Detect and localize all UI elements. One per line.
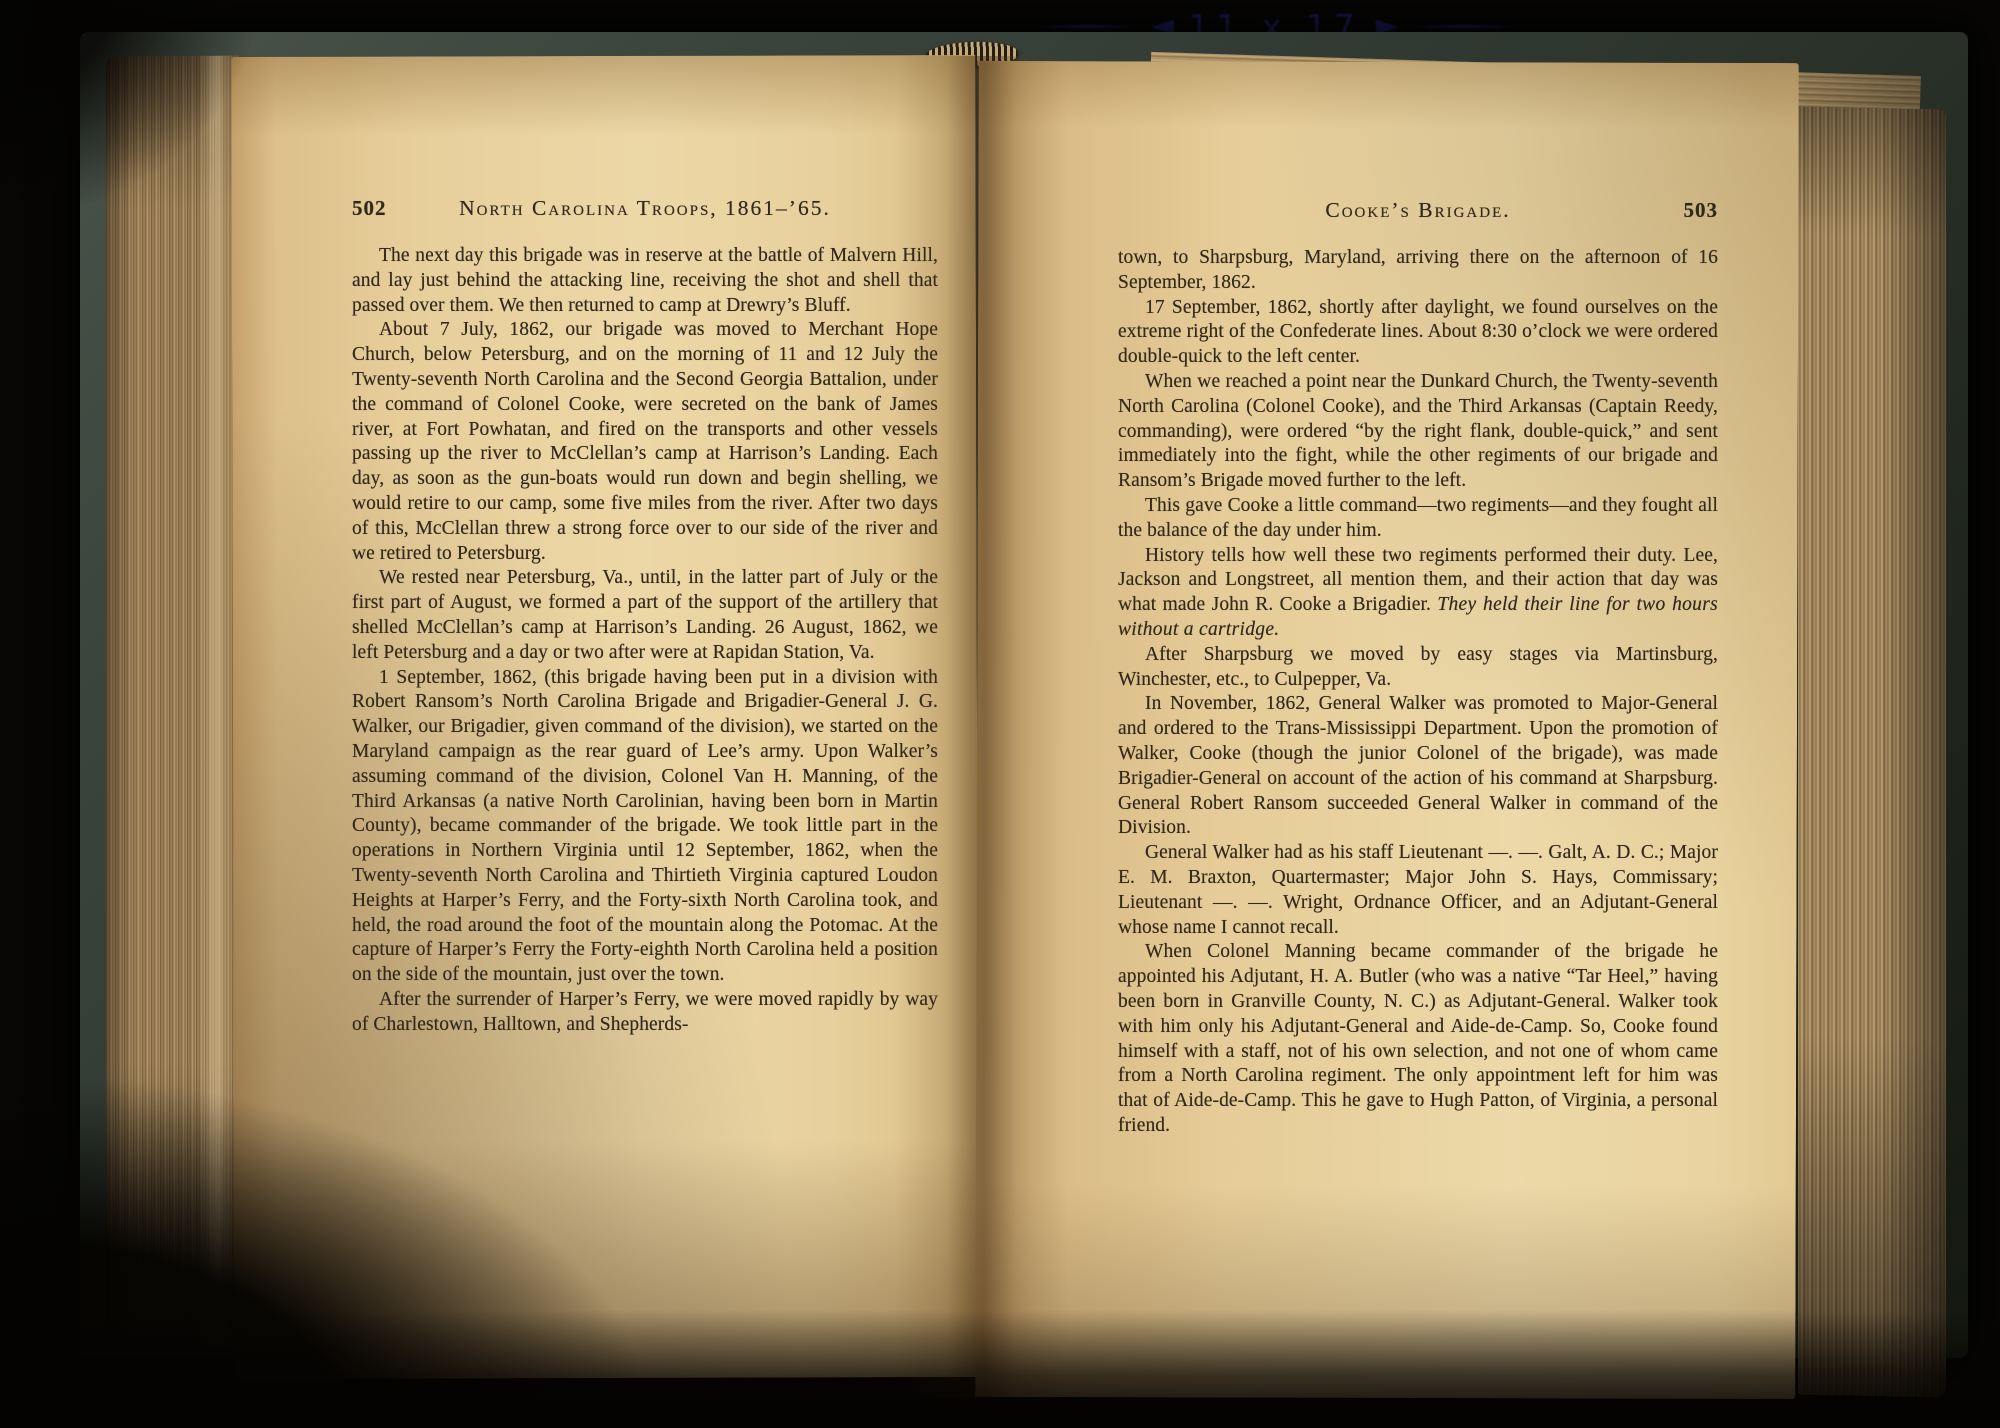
text-run: General Walker had as his staff Lieutena… — [1118, 842, 1718, 937]
paragraph: When Colonel Manning became commander of… — [1118, 940, 1718, 1138]
text-run: We rested near Petersburg, Va., until, i… — [352, 567, 938, 662]
measure-line — [1035, 25, 1137, 28]
right-page-header: Cooke’s Brigade. 503 — [1118, 198, 1718, 223]
text-run: About 7 July, 1862, our brigade was move… — [352, 319, 938, 563]
running-header-left: North Carolina Troops, 1861–’65. — [444, 196, 846, 221]
text-run: In November, 1862, General Walker was pr… — [1118, 693, 1718, 838]
paragraph: town, to Sharpsburg, Maryland, arriving … — [1118, 246, 1718, 296]
running-header-right: Cooke’s Brigade. — [1210, 198, 1626, 223]
paragraph: 1 September, 1862, (this brigade having … — [352, 666, 938, 988]
left-page-body: The next day this brigade was in reserve… — [352, 244, 938, 1038]
paragraph: This gave Cooke a little command—two reg… — [1118, 494, 1718, 544]
right-page-text: Cooke’s Brigade. 503 town, to Sharpsburg… — [1118, 198, 1718, 1139]
text-run: After the surrender of Harper’s Ferry, w… — [352, 989, 938, 1035]
paragraph: In November, 1862, General Walker was pr… — [1118, 692, 1718, 841]
text-run: After Sharpsburg we moved by easy stages… — [1118, 644, 1718, 690]
photo-background: ◄ 11 x 17 ► 502 North Carolina Troops, 1… — [0, 0, 2000, 1428]
paragraph: When we reached a point near the Dunkard… — [1118, 370, 1718, 494]
text-run: The next day this brigade was in reserve… — [352, 245, 938, 316]
text-run: 17 September, 1862, shortly after daylig… — [1118, 297, 1718, 368]
right-page-body: town, to Sharpsburg, Maryland, arriving … — [1118, 246, 1718, 1139]
paragraph: We rested near Petersburg, Va., until, i… — [352, 566, 938, 665]
paragraph: The next day this brigade was in reserve… — [352, 244, 938, 318]
page-number-right: 503 — [1626, 198, 1718, 223]
left-page-text: 502 North Carolina Troops, 1861–’65. The… — [352, 196, 938, 1038]
paragraph: After the surrender of Harper’s Ferry, w… — [352, 988, 938, 1038]
paragraph: General Walker had as his staff Lieutena… — [1118, 841, 1718, 940]
paragraph: About 7 July, 1862, our brigade was move… — [352, 318, 938, 566]
text-run: When Colonel Manning became commander of… — [1118, 941, 1718, 1136]
paragraph: History tells how well these two regimen… — [1118, 544, 1718, 643]
text-run: town, to Sharpsburg, Maryland, arriving … — [1118, 247, 1718, 293]
page-edge-stack-right — [1798, 106, 1946, 1397]
text-run: When we reached a point near the Dunkard… — [1118, 371, 1718, 491]
paragraph: After Sharpsburg we moved by easy stages… — [1118, 643, 1718, 693]
paragraph: 17 September, 1862, shortly after daylig… — [1118, 296, 1718, 370]
text-run: This gave Cooke a little command—two reg… — [1118, 495, 1718, 541]
page-number-left: 502 — [352, 196, 444, 221]
text-run: 1 September, 1862, (this brigade having … — [352, 667, 938, 986]
page-edge-stack-left — [106, 56, 238, 1349]
left-page-header: 502 North Carolina Troops, 1861–’65. — [352, 196, 938, 221]
measure-line — [1413, 25, 1515, 28]
